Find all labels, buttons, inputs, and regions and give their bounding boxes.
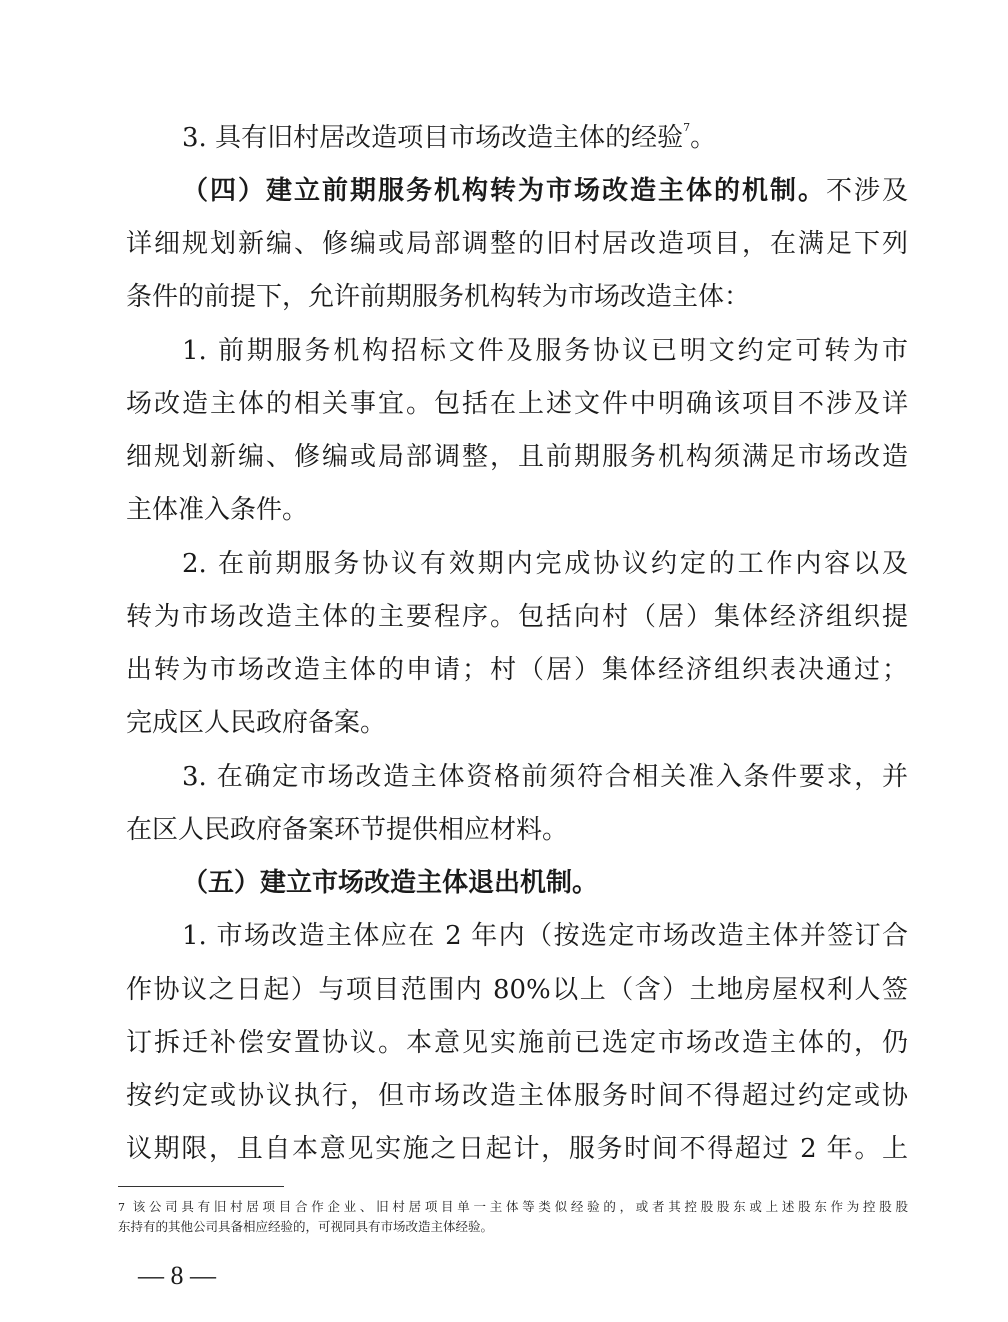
line-text: 。 (690, 123, 716, 153)
paragraph-line: 议期限，且自本意见实施之日起计，服务时间不得超过 2 年。上 (126, 1129, 908, 1169)
paragraph-line: 细规划新编、修编或局部调整，且前期服务机构须满足市场改造 (126, 437, 908, 477)
footnote-line: 东持有的其他公司具备相应经验的，可视同具有市场改造主体经验。 (118, 1218, 908, 1236)
paragraph-line: 场改造主体的相关事宜。包括在上述文件中明确该项目不涉及详 (126, 384, 908, 424)
page-number: — 8 — (138, 1258, 216, 1294)
paragraph-line: 作协议之日起）与项目范围内 80%以上（含）土地房屋权利人签 (126, 970, 908, 1010)
footnote-line: 7 该公司具有旧村居项目合作企业、旧村居项目单一主体等类似经验的，或者其控股股东… (118, 1198, 908, 1218)
paragraph-line: 1. 市场改造主体应在 2 年内（按选定市场改造主体并签订合 (126, 916, 908, 956)
section-heading-5: （五）建立市场改造主体退出机制。 (126, 863, 908, 903)
paragraph-line: 订拆迁补偿安置协议。本意见实施前已选定市场改造主体的，仍 (126, 1023, 908, 1063)
paragraph-line: 3. 具有旧村居改造项目市场改造主体的经验7。 (126, 118, 908, 158)
paragraph-line: 在区人民政府备案环节提供相应材料。 (126, 810, 908, 850)
heading-text: （五）建立市场改造主体退出机制。 (182, 868, 598, 898)
footnote-text: 该公司具有旧村居项目合作企业、旧村居项目单一主体等类似经验的，或者其控股股东或上… (133, 1199, 908, 1214)
paragraph-line: 详细规划新编、修编或局部调整的旧村居改造项目，在满足下列 (126, 224, 908, 264)
heading-text: （四）建立前期服务机构转为市场改造主体的机制。 (182, 176, 826, 206)
paragraph-line: 2. 在前期服务协议有效期内完成协议约定的工作内容以及 (126, 544, 908, 584)
paragraph-line: 完成区人民政府备案。 (126, 703, 908, 743)
paragraph-line: 3. 在确定市场改造主体资格前须符合相关准入条件要求，并 (126, 757, 908, 797)
paragraph-line: 1. 前期服务机构招标文件及服务协议已明文约定可转为市 (126, 331, 908, 371)
paragraph-line: 出转为市场改造主体的申请；村（居）集体经济组织表决通过； (126, 650, 908, 690)
footnote-marker: 7 (118, 1201, 125, 1214)
paragraph-line: 按约定或协议执行，但市场改造主体服务时间不得超过约定或协 (126, 1076, 908, 1116)
line-text: 3. 具有旧村居改造项目市场改造主体的经验 (182, 123, 683, 153)
line-text: 不涉及 (826, 176, 908, 206)
paragraph-line: 主体准入条件。 (126, 490, 908, 530)
footnote-divider (118, 1186, 284, 1187)
section-heading-4: （四）建立前期服务机构转为市场改造主体的机制。不涉及 (126, 171, 908, 211)
paragraph-line: 条件的前提下，允许前期服务机构转为市场改造主体： (126, 277, 908, 317)
paragraph-line: 转为市场改造主体的主要程序。包括向村（居）集体经济组织提 (126, 597, 908, 637)
